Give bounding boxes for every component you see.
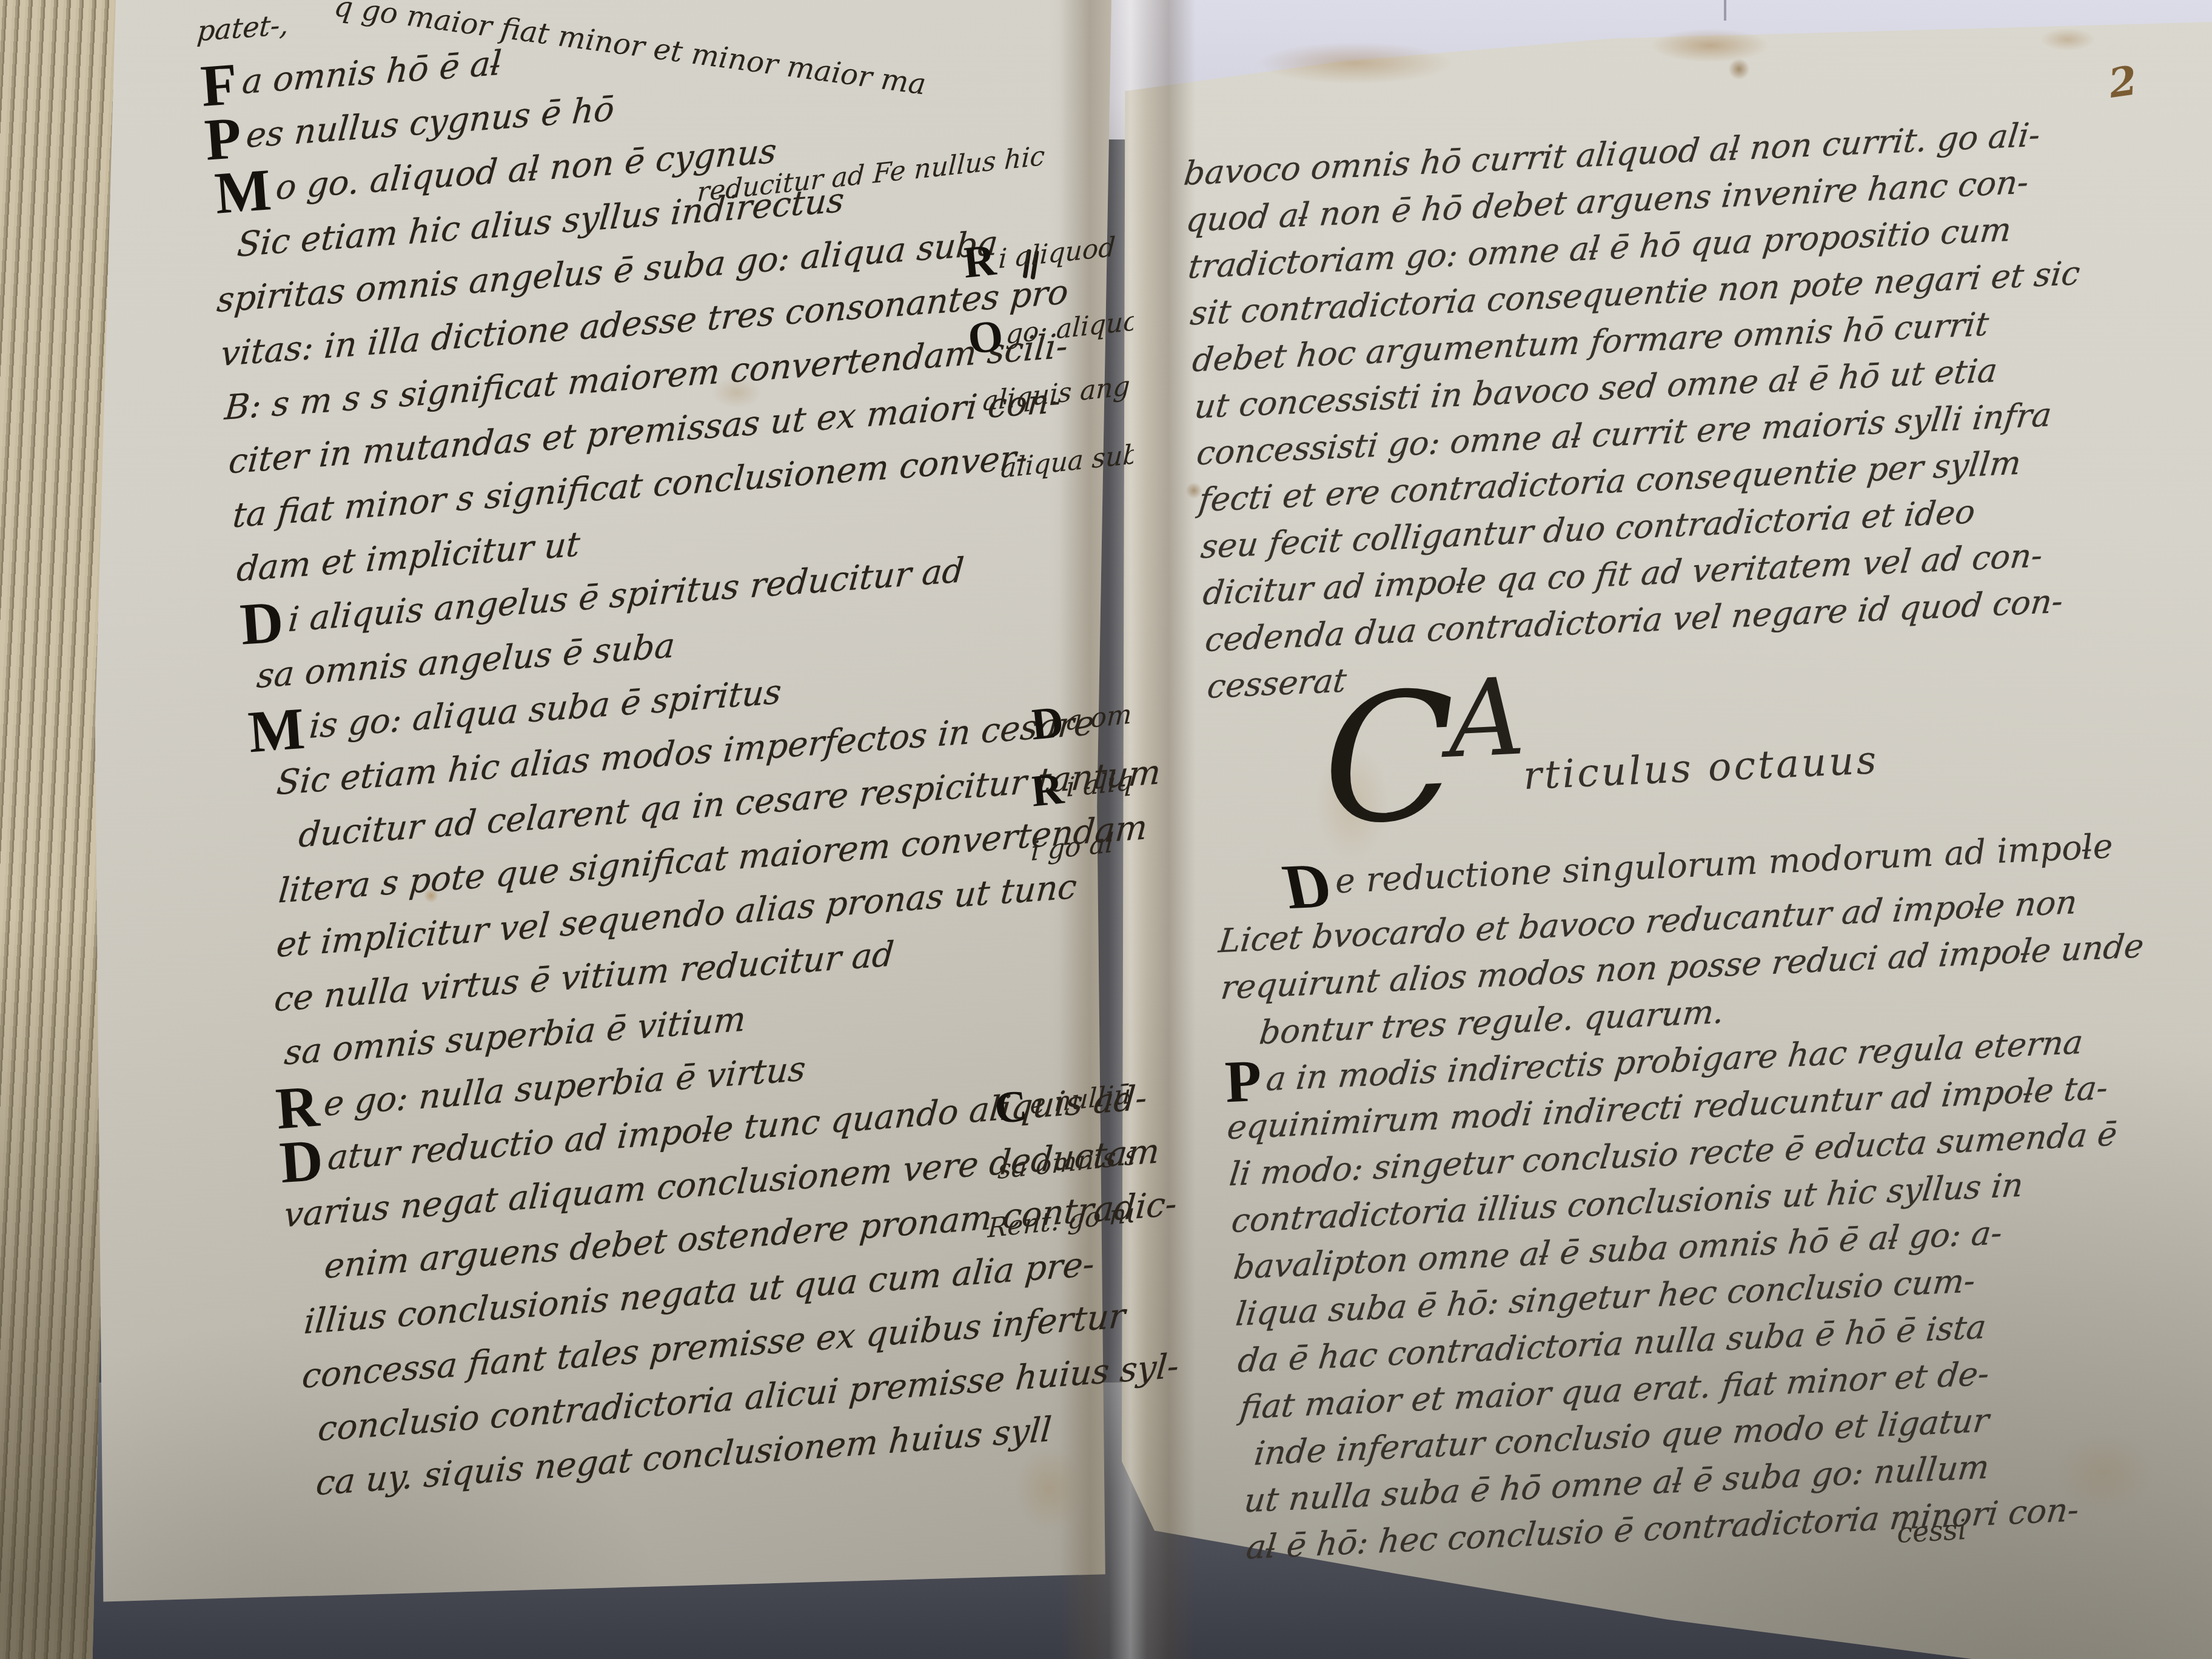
catchword: cessi (1896, 1513, 1968, 1549)
note-text: i aliq (1065, 765, 1134, 803)
drop-initial: F (199, 61, 239, 111)
drop-initial: C (994, 1088, 1029, 1127)
drop-initial: D (278, 1136, 324, 1187)
drop-initial: R (275, 1083, 321, 1133)
right-page-text: bavoco omnis hō currit aliquod aƚ non cu… (1179, 104, 2212, 1570)
drop-initial: P (203, 115, 243, 165)
heading-initial: A (1446, 664, 1527, 774)
line-text: patet-, (196, 8, 290, 48)
left-page-text: patet-,Fa omnis hō ē aƚPes nullus cygnus… (191, 0, 1236, 1512)
note-text: a omnis (1065, 697, 1134, 737)
drop-initial: R (1030, 771, 1065, 809)
heading-text: rticulus octauus (1523, 738, 1880, 799)
drop-initial: D (1279, 860, 1336, 913)
drop-initial: M (213, 166, 273, 218)
drop-initial: M (247, 705, 306, 757)
drop-initial: D (239, 598, 285, 649)
drop-initial: O (967, 318, 1005, 357)
drop-initial: R (962, 243, 997, 281)
manuscript-photo: q go maior fiat minor et minor maior ma … (0, 0, 2212, 1659)
drop-initial: D (1030, 704, 1065, 743)
backdrop-line (1724, 0, 1726, 21)
heading-flourish: C (1318, 668, 1461, 850)
drop-initial: P (1224, 1057, 1262, 1106)
